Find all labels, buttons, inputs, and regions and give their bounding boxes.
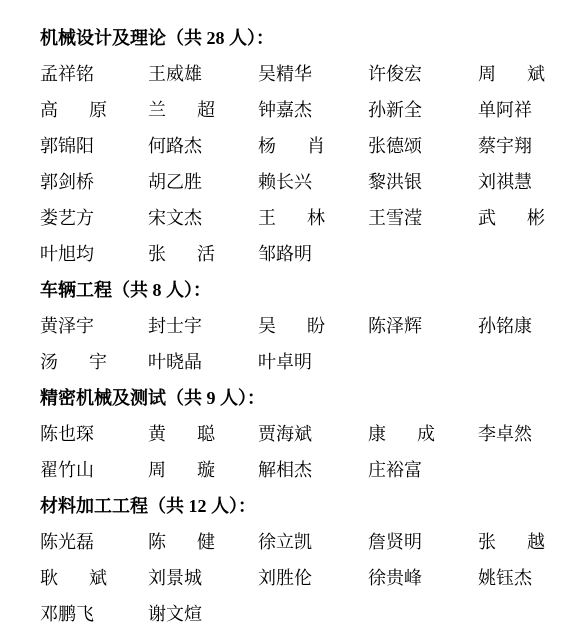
student-name: 宋文杰 [148,200,258,236]
section-heading: 材料加工工程（共 12 人）： [40,488,570,524]
student-name: 王威雄 [148,56,258,92]
name-row: 邓鹏飞谢文煊 [40,596,570,632]
student-name: 单阿祥 [478,92,570,128]
student-name: 兰超 [148,92,215,128]
student-name: 耿斌 [40,560,107,596]
student-name: 黄聪 [148,416,215,452]
student-name: 钟嘉杰 [258,92,368,128]
student-name: 徐立凯 [258,524,368,560]
student-name: 娄艺方 [40,200,148,236]
student-name: 高原 [40,92,107,128]
student-name: 叶旭均 [40,236,148,272]
student-name: 庄裕富 [368,452,478,488]
student-name: 叶卓明 [258,344,368,380]
student-name: 刘祺慧 [478,164,570,200]
student-name: 胡乙胜 [148,164,258,200]
student-name: 杨肖 [258,128,325,164]
student-name: 张活 [148,236,215,272]
student-name: 吴精华 [258,56,368,92]
section-heading: 精密机械及测试（共 9 人）： [40,380,570,416]
student-name: 武彬 [478,200,545,236]
student-name: 孙新全 [368,92,478,128]
student-name: 陈光磊 [40,524,148,560]
student-name: 黄泽宇 [40,308,148,344]
student-name: 张越 [478,524,545,560]
student-name: 谢文煊 [148,596,258,632]
name-row: 汤宇叶晓晶叶卓明 [40,344,570,380]
student-name: 周璇 [148,452,215,488]
student-name: 刘景城 [148,560,258,596]
student-name: 封士宇 [148,308,258,344]
section-heading: 机械设计及理论（共 28 人）： [40,20,570,56]
name-row: 娄艺方宋文杰王林王雪滢武彬 [40,200,570,236]
name-row: 孟祥铭王威雄吴精华许俊宏周斌 [40,56,570,92]
name-row: 高原兰超钟嘉杰孙新全单阿祥 [40,92,570,128]
name-row: 翟竹山周璇解相杰庄裕富 [40,452,570,488]
student-name: 孟祥铭 [40,56,148,92]
student-name: 许俊宏 [368,56,478,92]
student-name: 孙铭康 [478,308,570,344]
student-name: 郭剑桥 [40,164,148,200]
student-name: 王雪滢 [368,200,478,236]
student-name: 徐贵峰 [368,560,478,596]
student-name: 陈也琛 [40,416,148,452]
student-list-document: 机械设计及理论（共 28 人）：孟祥铭王威雄吴精华许俊宏周斌高原兰超钟嘉杰孙新全… [0,0,580,642]
student-name: 刘胜伦 [258,560,368,596]
student-name: 蔡宇翔 [478,128,570,164]
student-name: 翟竹山 [40,452,148,488]
student-name: 赖长兴 [258,164,368,200]
name-row: 黄泽宇封士宇吴盼陈泽辉孙铭康 [40,308,570,344]
student-name: 张德颂 [368,128,478,164]
student-name: 郭锦阳 [40,128,148,164]
student-name: 贾海斌 [258,416,368,452]
student-name: 解相杰 [258,452,368,488]
student-name: 何路杰 [148,128,258,164]
student-name: 周斌 [478,56,545,92]
student-name: 姚钰杰 [478,560,570,596]
name-row: 耿斌刘景城刘胜伦徐贵峰姚钰杰 [40,560,570,596]
student-name: 黎洪银 [368,164,478,200]
student-name: 邹路明 [258,236,368,272]
student-name: 陈泽辉 [368,308,478,344]
name-row: 叶旭均张活邹路明 [40,236,570,272]
student-name: 陈健 [148,524,215,560]
student-name: 吴盼 [258,308,325,344]
student-name: 李卓然 [478,416,570,452]
student-name: 詹贤明 [368,524,478,560]
student-name: 叶晓晶 [148,344,258,380]
student-name: 康成 [368,416,435,452]
name-row: 郭锦阳何路杰杨肖张德颂蔡宇翔 [40,128,570,164]
section-heading: 车辆工程（共 8 人）： [40,272,570,308]
name-row: 郭剑桥胡乙胜赖长兴黎洪银刘祺慧 [40,164,570,200]
name-row: 陈光磊陈健徐立凯詹贤明张越 [40,524,570,560]
student-name: 汤宇 [40,344,107,380]
name-row: 陈也琛黄聪贾海斌康成李卓然 [40,416,570,452]
student-name: 邓鹏飞 [40,596,148,632]
student-name: 王林 [258,200,325,236]
